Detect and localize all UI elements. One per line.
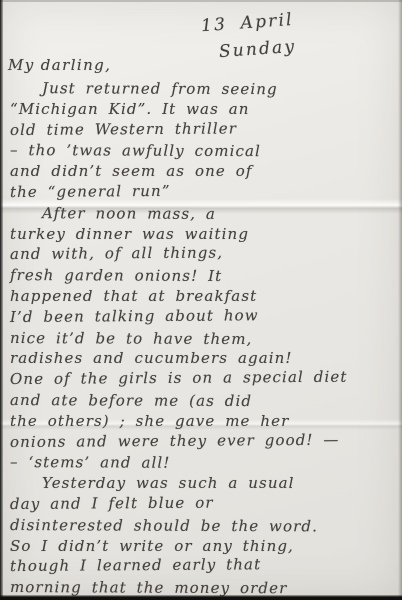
letter-line: Just returned from seeing [10, 78, 402, 101]
letter-line: the others) ; she gave me her [10, 411, 402, 432]
scan-edge-left [0, 0, 3, 600]
letter-line: happened that at breakfast [10, 286, 402, 307]
letter-date-block: 13 April Sunday [200, 7, 297, 67]
letter-line: I’d been talking about how [10, 304, 402, 328]
letter-line: old time Western thriller [10, 117, 402, 141]
scan-edge-right [398, 0, 402, 600]
letter-line: disinterested should be the word. [10, 515, 402, 538]
letter-page: 13 April Sunday My darling, Just returne… [0, 0, 402, 600]
letter-line: and with, of all things, [10, 242, 402, 266]
scan-edge-top [0, 0, 402, 2]
letter-line: fresh garden onions! It [10, 265, 402, 288]
letter-line: nice it’d be to have them, [10, 328, 402, 351]
letter-salutation: My darling, [8, 56, 111, 74]
letter-body: Just returned from seeing “Michigan Kid”… [10, 78, 402, 598]
letter-line: though I learned early that [10, 554, 402, 578]
letter-line: the “general run” [10, 179, 402, 203]
scan-edge-bottom [0, 595, 402, 600]
letter-line: onions and were they ever good! — [10, 429, 402, 453]
letter-line: One of the girls is on a special diet [10, 366, 402, 390]
letter-line: “Michigan Kid”. It was an [10, 99, 402, 120]
letter-line: After noon mass, a [10, 203, 402, 226]
letter-line: – ‘stems’ and all! [10, 452, 402, 475]
letter-line: day and I felt blue or [10, 491, 402, 515]
letter-line: and ate before me (as did [10, 390, 402, 413]
letter-line: – tho ’twas awfully comical [10, 140, 402, 163]
